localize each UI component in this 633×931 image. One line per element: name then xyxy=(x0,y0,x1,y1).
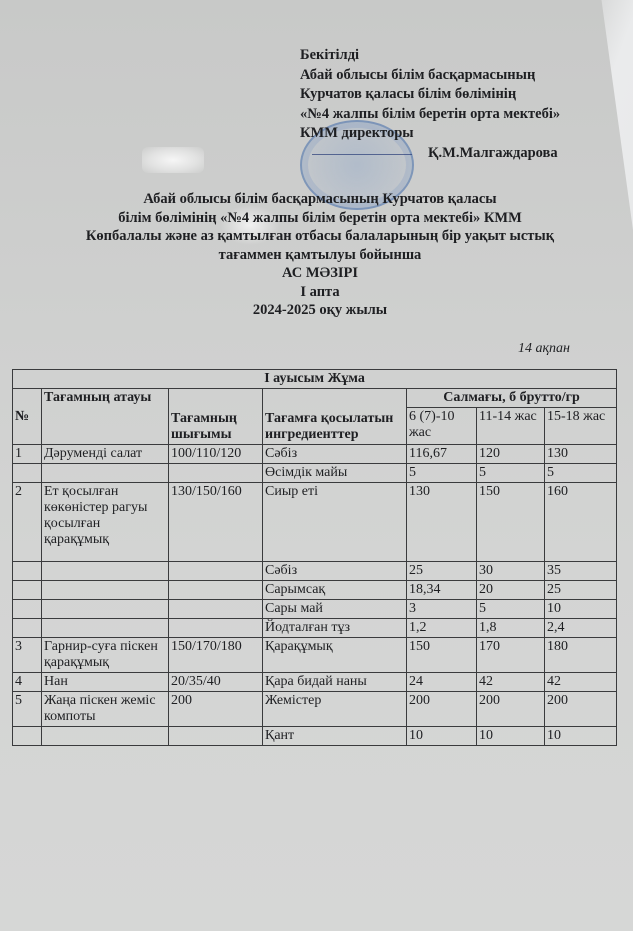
weight-6-10: 5 xyxy=(407,464,477,483)
table-row: 3Гарнир-суға піскен қарақұмық150/170/180… xyxy=(13,638,617,673)
title-line: Көпбалалы және аз қамтылған отбасы балал… xyxy=(60,227,580,246)
weight-11-14: 20 xyxy=(477,581,545,600)
dish-yield: 100/110/120 xyxy=(169,445,263,464)
row-number xyxy=(13,562,42,581)
ingredient-name: Қант xyxy=(263,727,407,746)
header-age-15-18: 15-18 жас xyxy=(545,408,617,445)
dish-name: Ет қосылған көкөністер рагуы қосылған қа… xyxy=(42,483,169,562)
weight-15-18: 25 xyxy=(545,581,617,600)
dish-name xyxy=(42,581,169,600)
table-row: Қант101010 xyxy=(13,727,617,746)
dish-yield: 150/170/180 xyxy=(169,638,263,673)
dish-name: Нан xyxy=(42,673,169,692)
ingredient-name: Сарымсақ xyxy=(263,581,407,600)
school-year: 2024-2025 оқу жылы xyxy=(60,301,580,320)
weight-15-18: 2,4 xyxy=(545,619,617,638)
weight-15-18: 160 xyxy=(545,483,617,562)
table-row: Сарымсақ18,342025 xyxy=(13,581,617,600)
weight-11-14: 10 xyxy=(477,727,545,746)
dish-yield xyxy=(169,727,263,746)
ingredient-name: Йодталған тұз xyxy=(263,619,407,638)
dish-yield: 200 xyxy=(169,692,263,727)
dish-name xyxy=(42,562,169,581)
weight-6-10: 130 xyxy=(407,483,477,562)
weight-11-14: 5 xyxy=(477,600,545,619)
header-yield: Тағамның шығымы xyxy=(169,389,263,445)
header-dish-name: Тағамның атауы xyxy=(42,389,169,445)
dish-yield xyxy=(169,464,263,483)
weight-6-10: 150 xyxy=(407,638,477,673)
weight-11-14: 150 xyxy=(477,483,545,562)
dish-name xyxy=(42,727,169,746)
weight-6-10: 25 xyxy=(407,562,477,581)
weight-11-14: 42 xyxy=(477,673,545,692)
table-row: Сары май3510 xyxy=(13,600,617,619)
ingredient-name: Қара бидай наны xyxy=(263,673,407,692)
dish-name: Дәрумeнді салат xyxy=(42,445,169,464)
approval-block: Бекітілді Абай облысы білім басқармасыны… xyxy=(300,46,560,163)
shift-header: I ауысым Жұма xyxy=(13,370,617,389)
row-number: 1 xyxy=(13,445,42,464)
weight-15-18: 5 xyxy=(545,464,617,483)
approval-line: Курчатов қаласы білім бөлімінің xyxy=(300,85,560,105)
weight-11-14: 5 xyxy=(477,464,545,483)
dish-yield xyxy=(169,581,263,600)
weight-11-14: 170 xyxy=(477,638,545,673)
dish-yield xyxy=(169,619,263,638)
row-number: 5 xyxy=(13,692,42,727)
dish-name xyxy=(42,619,169,638)
row-number xyxy=(13,619,42,638)
weight-6-10: 24 xyxy=(407,673,477,692)
weight-6-10: 1,2 xyxy=(407,619,477,638)
header-age-11-14: 11-14 жас xyxy=(477,408,545,445)
weight-15-18: 130 xyxy=(545,445,617,464)
table-row: 1Дәрумeнді салат100/110/120Сәбіз116,6712… xyxy=(13,445,617,464)
weight-6-10: 10 xyxy=(407,727,477,746)
row-number xyxy=(13,464,42,483)
weight-15-18: 200 xyxy=(545,692,617,727)
title-line: тағаммен қамтылуы бойынша xyxy=(60,246,580,265)
dish-yield: 130/150/160 xyxy=(169,483,263,562)
ingredient-name: Сары май xyxy=(263,600,407,619)
dish-yield xyxy=(169,562,263,581)
header-no: № xyxy=(13,389,42,445)
row-number: 2 xyxy=(13,483,42,562)
dish-name xyxy=(42,600,169,619)
title-line: Абай облысы білім басқармасының Курчатов… xyxy=(60,190,580,209)
weight-15-18: 10 xyxy=(545,727,617,746)
weight-6-10: 200 xyxy=(407,692,477,727)
table-row: 2Ет қосылған көкөністер рагуы қосылған қ… xyxy=(13,483,617,562)
row-number xyxy=(13,581,42,600)
weight-11-14: 30 xyxy=(477,562,545,581)
table-row: 5Жаңа піскен жеміс компоты200Жемістер200… xyxy=(13,692,617,727)
approval-line: «№4 жалпы білім беретін орта мектебі» xyxy=(300,105,560,125)
weight-15-18: 10 xyxy=(545,600,617,619)
weight-6-10: 18,34 xyxy=(407,581,477,600)
row-number: 4 xyxy=(13,673,42,692)
menu-heading: АС МӘЗІРІ xyxy=(60,264,580,283)
table-row: Йодталған тұз1,21,82,4 xyxy=(13,619,617,638)
signatory-name: Қ.М.Малгаждарова xyxy=(300,144,560,164)
weight-11-14: 120 xyxy=(477,445,545,464)
weight-11-14: 1,8 xyxy=(477,619,545,638)
menu-date: 14 ақпан xyxy=(518,341,570,357)
dish-name: Жаңа піскен жеміс компоты xyxy=(42,692,169,727)
ingredient-name: Жемістер xyxy=(263,692,407,727)
ingredient-name: Сәбіз xyxy=(263,445,407,464)
weight-15-18: 35 xyxy=(545,562,617,581)
table-row: Өсімдік майы555 xyxy=(13,464,617,483)
approval-line: Бекітілді xyxy=(300,46,560,66)
weight-15-18: 180 xyxy=(545,638,617,673)
light-glare xyxy=(142,147,204,173)
week-label: I апта xyxy=(60,283,580,302)
dish-name xyxy=(42,464,169,483)
dish-name: Гарнир-суға піскен қарақұмық xyxy=(42,638,169,673)
approval-line: КММ директоры xyxy=(300,124,560,144)
row-number xyxy=(13,600,42,619)
header-weight: Салмағы, б брутто/гр xyxy=(407,389,617,408)
header-ingredients: Тағамға қосылатын ингредиенттер xyxy=(263,389,407,445)
weight-6-10: 3 xyxy=(407,600,477,619)
table-row: 4Нан20/35/40Қара бидай наны244242 xyxy=(13,673,617,692)
dish-yield xyxy=(169,600,263,619)
title-line: білім бөлімінің «№4 жалпы білім беретін … xyxy=(60,209,580,228)
header-age-6-10: 6 (7)-10 жас xyxy=(407,408,477,445)
weight-15-18: 42 xyxy=(545,673,617,692)
weight-6-10: 116,67 xyxy=(407,445,477,464)
approval-line: Абай облысы білім басқармасының xyxy=(300,66,560,86)
row-number xyxy=(13,727,42,746)
ingredient-name: Сиыр еті xyxy=(263,483,407,562)
ingredient-name: Өсімдік майы xyxy=(263,464,407,483)
weight-11-14: 200 xyxy=(477,692,545,727)
dish-yield: 20/35/40 xyxy=(169,673,263,692)
ingredient-name: Қарақұмық xyxy=(263,638,407,673)
row-number: 3 xyxy=(13,638,42,673)
document-title: Абай облысы білім басқармасының Курчатов… xyxy=(60,190,580,320)
menu-table: I ауысым Жұма № Тағамның атауы Тағамның … xyxy=(12,369,617,746)
table-row: Сәбіз253035 xyxy=(13,562,617,581)
ingredient-name: Сәбіз xyxy=(263,562,407,581)
